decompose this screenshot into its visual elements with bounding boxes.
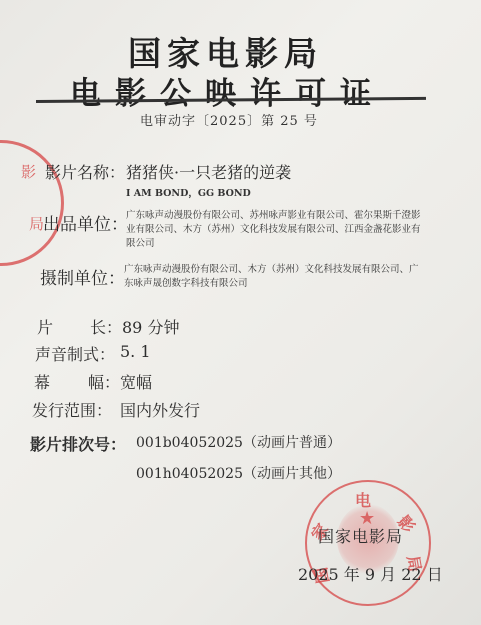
- serial-value: 001b04052025（动画片普通）: [136, 432, 341, 452]
- producers-line: 业有限公司、木方（苏州）文化科技发展有限公司、江西金盏花影业有: [126, 223, 421, 237]
- length-label-b: 长：: [90, 315, 122, 338]
- distribution-label: 发行范围：: [32, 398, 112, 421]
- film-english-name: I AM BOND，GG BOND: [126, 185, 251, 199]
- producers-label: 出品单位：: [43, 210, 128, 235]
- screen-value: 宽幅: [120, 370, 152, 393]
- film-name-label: 影片名称：: [45, 160, 125, 183]
- producers-line: 广东咏声动漫股份有限公司、苏州咏声影业有限公司、霍尔果斯千澄影: [126, 209, 421, 223]
- seal-char: 电: [355, 488, 371, 511]
- production-line: 东咏声晟创数字科技有限公司: [124, 277, 248, 291]
- document-number: 电审动字〔2025〕第 25 号: [140, 110, 318, 129]
- signature-date: 2025 年 9 月 22 日: [298, 562, 443, 585]
- film-name-value: 猪猪侠·一只老猪的逆袭: [126, 160, 291, 183]
- document-title: 电影公映许可证: [70, 68, 385, 113]
- official-seal-partial: 影 局: [0, 140, 64, 266]
- signature-org: 国家电影局: [318, 524, 403, 547]
- production-label: 摄制单位：: [40, 264, 125, 289]
- length-label-a: 片: [37, 315, 53, 338]
- production-line: 广东咏声动漫股份有限公司、木方（苏州）文化科技发展有限公司、广: [124, 263, 419, 277]
- screen-label-b: 幅：: [88, 370, 120, 393]
- serial-label: 影片排次号：: [30, 432, 126, 455]
- sound-value: 5. 1: [120, 342, 151, 361]
- length-value: 89 分钟: [122, 315, 179, 338]
- serial-value: 001h04052025（动画片其他）: [136, 463, 341, 483]
- distribution-value: 国内外发行: [120, 398, 200, 421]
- seal-char: 局: [29, 213, 44, 234]
- producers-line: 限公司: [126, 237, 155, 251]
- sound-label: 声音制式：: [35, 342, 115, 365]
- screen-label-a: 幕: [34, 370, 50, 393]
- seal-char: 影: [21, 161, 36, 182]
